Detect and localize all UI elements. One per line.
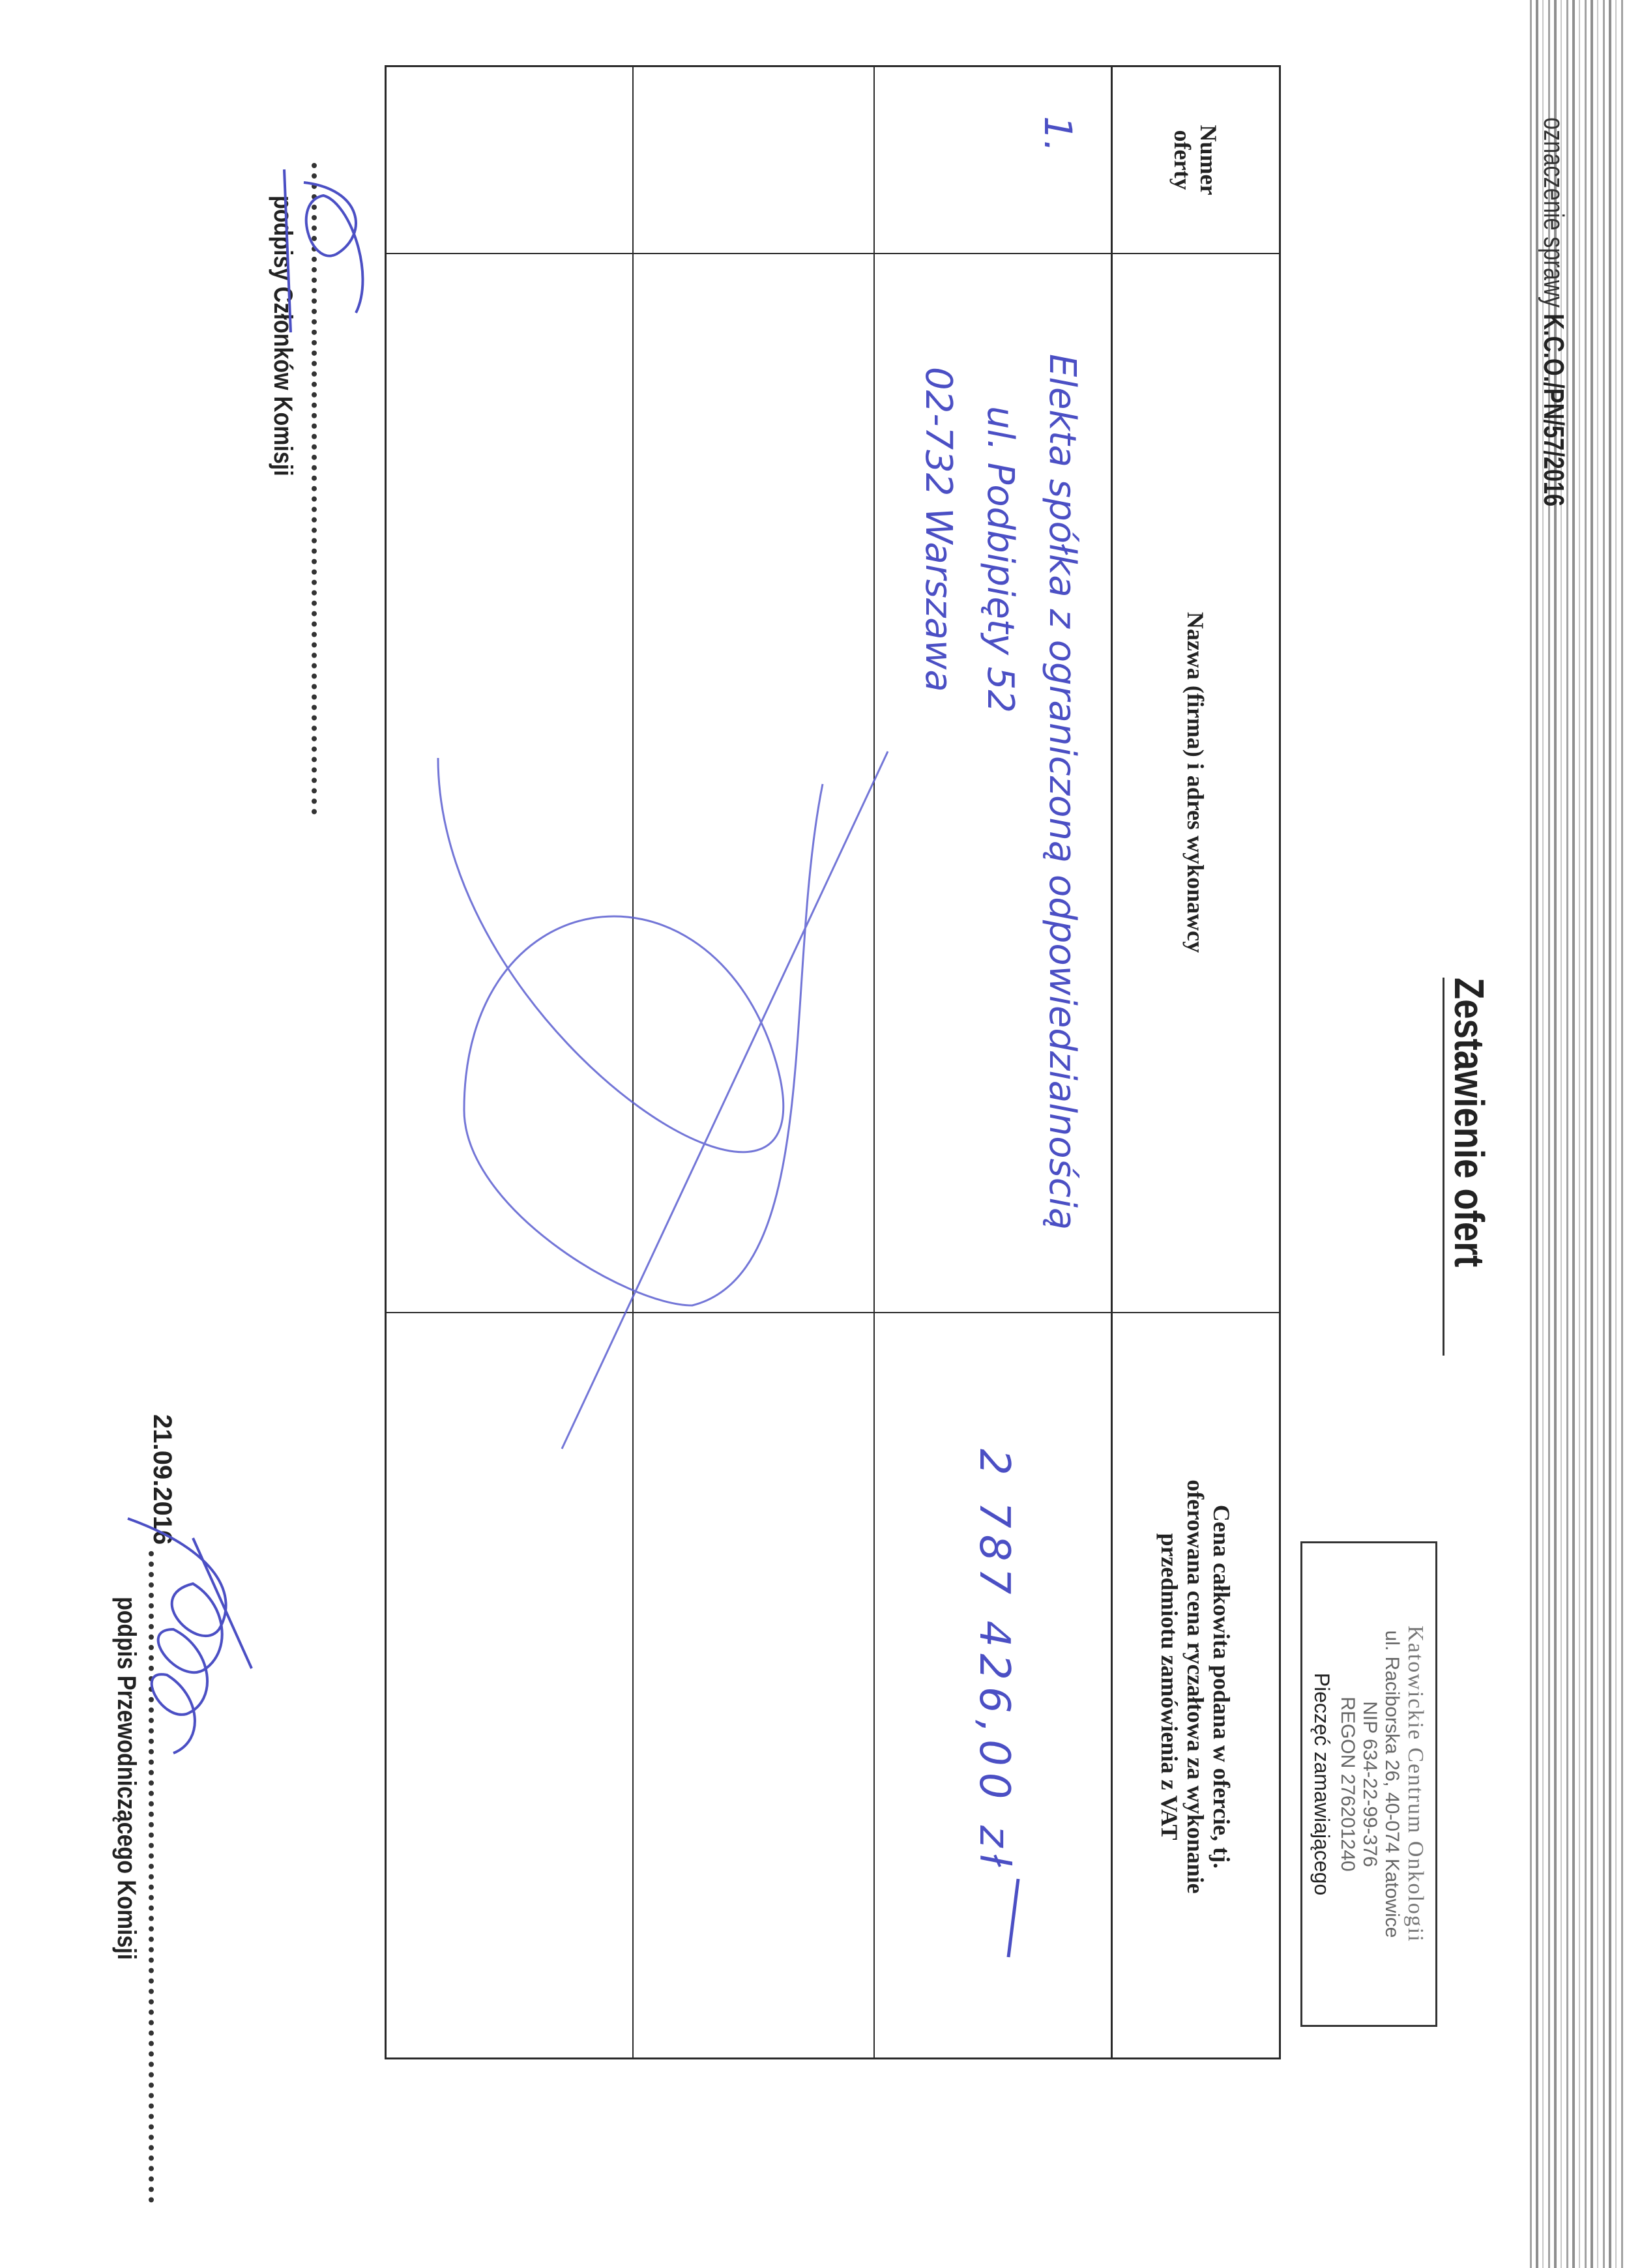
offers-table: Numer oferty Nazwa (firma) i adres wykon… (385, 65, 1281, 2059)
case-label: oznaczenie sprawy (1538, 117, 1570, 308)
stamp-org-name: Katowickie Centrum Onkologii (1403, 1543, 1428, 2025)
case-number: K.C.O./PN/57/2016 (1538, 313, 1570, 506)
stamp-regon: REGON 276201240 (1336, 1543, 1358, 2025)
stamp-nip: NIP 634-22-99-376 (1358, 1543, 1381, 2025)
stamp-address: ul. Raciborska 26, 40-074 Katowice (1381, 1543, 1403, 2025)
stamp-caption: Pieczęć zamawiającego (1310, 1543, 1334, 2025)
document-page: oznaczenie sprawy K.C.O./PN/57/2016 Zest… (0, 0, 1627, 2268)
strike-through-mark (383, 67, 1279, 2061)
member-signature-scribble (258, 163, 388, 424)
contracting-authority-stamp: Katowickie Centrum Onkologii ul. Racibor… (1300, 1541, 1437, 2027)
chair-signature-scribble (89, 1499, 271, 1825)
case-reference: oznaczenie sprawy K.C.O./PN/57/2016 (1537, 117, 1570, 506)
title-underline (1443, 978, 1444, 1356)
page-title: Zestawienie ofert (1445, 978, 1493, 1267)
